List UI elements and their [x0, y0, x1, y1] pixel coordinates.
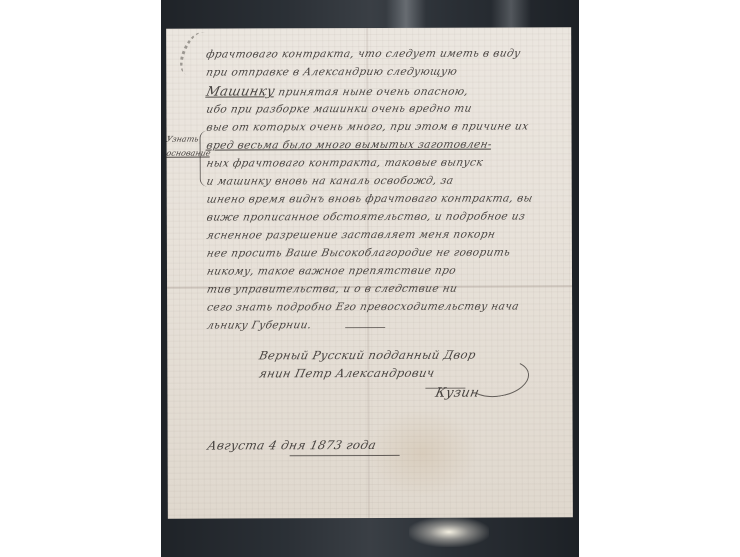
body-line: сего знать подробно Его превосходительст…	[206, 300, 520, 313]
body-line: льнику Губернии.	[206, 319, 313, 331]
body-line: ибо при разборке машинки очень вредно ти	[205, 103, 473, 116]
letter-paper: Узнать основание фрачтоваго контракта, ч…	[166, 27, 573, 518]
paper-stain	[367, 408, 477, 498]
body-line: нее просить Ваше Высокоблагородие не гов…	[206, 247, 512, 260]
body-line: вред весьма было много вымытых заготовле…	[205, 139, 493, 152]
glass-reflection	[386, 0, 426, 28]
underlined-word: Машинку	[205, 84, 277, 99]
display-frame: Узнать основание фрачтоваго контракта, ч…	[161, 0, 579, 557]
body-line: при отправке в Александрию следующую	[205, 66, 458, 79]
body-line: виже прописанное обстоятельство, и подро…	[206, 210, 527, 223]
date-line: Августа 4 дня 1873 года	[206, 438, 377, 453]
body-line: и машинку вновь на каналь освобожд, за	[205, 175, 454, 188]
body-line: ных фрачтоваго контракта, таковые выпуск	[205, 157, 484, 170]
body-line: ясненное разрешение заставляет меня поко…	[206, 229, 497, 242]
glass-glare	[409, 517, 489, 547]
closing-line: янин Петр Александрович	[258, 366, 436, 381]
closing-line: Верный Русский подданный Двор	[258, 348, 477, 363]
body-line: вые от которых очень много, при этом в п…	[205, 120, 530, 133]
signature-stroke	[425, 388, 465, 389]
body-line: никому, такое важное препятствие про	[206, 265, 458, 278]
body-line: Машинку принятая ныне очень опасною,	[205, 84, 470, 100]
glass-reflection	[491, 0, 531, 28]
body-line: фрачтоваго контракта, что следует иметь …	[205, 47, 522, 60]
body-line: тив управительства, и о в следствие ни	[206, 283, 459, 296]
body-line: шнено время виднъ вновь фрачтоваго контр…	[205, 192, 533, 205]
closing-dash	[345, 327, 385, 328]
margin-note-line: Узнать	[166, 135, 200, 144]
